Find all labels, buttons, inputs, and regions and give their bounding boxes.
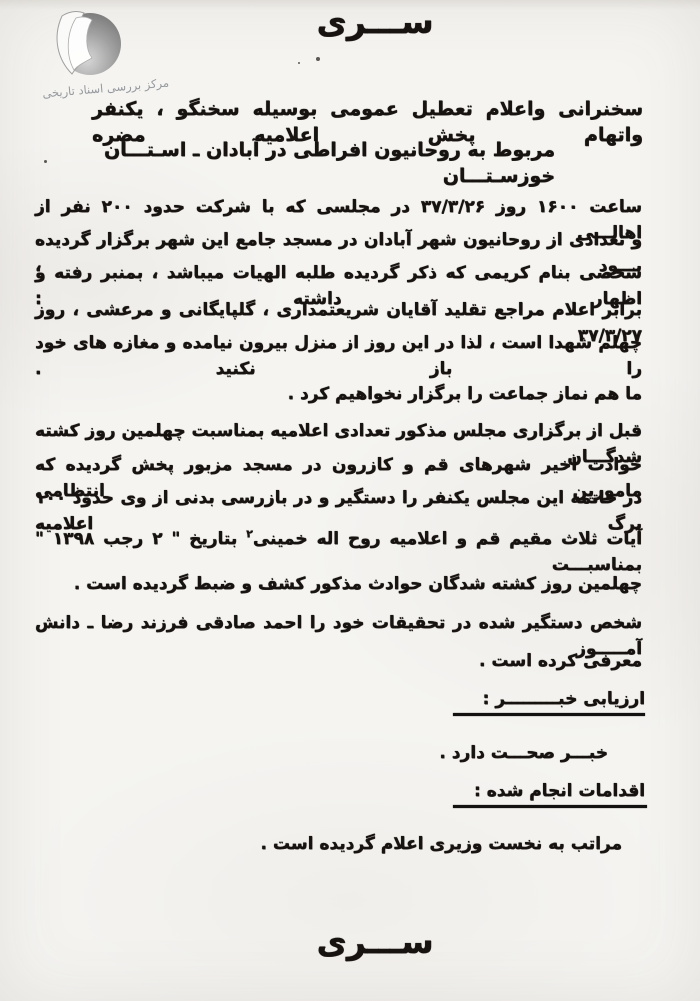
document-page: مرکز بررسی اسناد تاریخی ســـری ســـری سخ… [0,0,700,1001]
body-line: ما هم نماز جماعت را برگزار نخواهیم کرد . [35,381,642,407]
actions-value: مراتب به نخست وزیری اعلام گردیده است . [35,831,622,857]
evaluation-label: ارزیابی خبـــــــــر : [35,686,645,712]
secret-stamp-top: ســـری [50,2,700,41]
footnote-marker: ۲ [246,527,253,540]
body-line: چهلمین روز کشته شدگان حوادث مذکور کشف و … [35,571,642,597]
body-line: چهلم شهدا است ، لذا در این روز از منزل ب… [35,330,642,382]
actions-label: اقدامات انجام شده : [35,778,645,804]
scan-artifact-dot [316,57,320,61]
scan-artifact-dot [298,62,300,64]
evaluation-value: خبـــر صحـــت دارد . [35,740,608,766]
body-line: معرفی کرده است . [35,648,642,674]
body-line-text: آیات ثلاث مقیم قم و اعلامیه روح اله خمین… [253,529,642,549]
underline-rule [453,805,647,808]
underline-rule [453,713,645,716]
secret-stamp-bottom: ســـری [50,922,700,961]
subject-line-2: مربوط به روحانیون افراطی در آبادان ـ اسـ… [0,137,555,189]
